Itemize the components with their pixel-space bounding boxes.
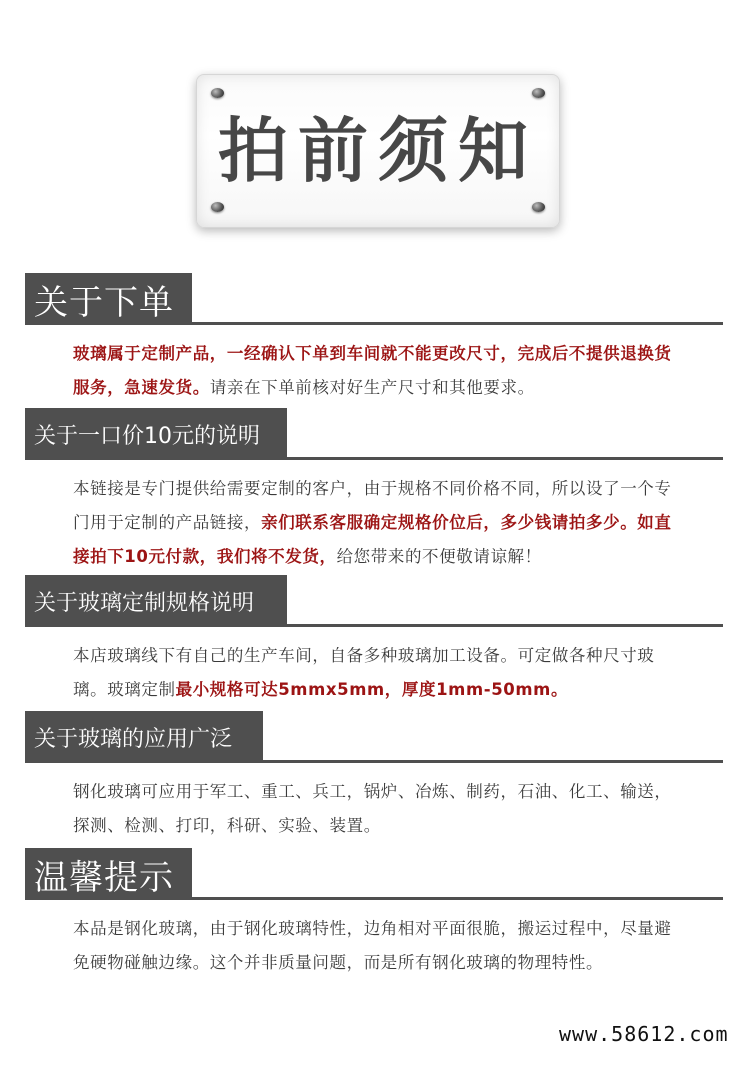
body-text: 本品是钢化玻璃，由于钢化玻璃特性，边角相对平面很脆，搬运过程中，尽量避免硬物碰触… [73,919,672,972]
section-header: 关于下单 [0,273,750,325]
body-text: 钢化玻璃可应用于军工、重工、兵工，锅炉、冶炼、制药，石油、化工、输送，探测、检测… [73,782,672,835]
section-title: 关于一口价10元的说明 [25,408,287,460]
section-header: 关于玻璃定制规格说明 [0,575,750,627]
section-header: 关于一口价10元的说明 [0,408,750,460]
section-title: 关于玻璃的应用广泛 [25,711,263,763]
screw-icon [211,88,224,98]
section-applications: 关于玻璃的应用广泛 钢化玻璃可应用于军工、重工、兵工，锅炉、冶炼、制药，石油、化… [0,711,750,843]
section-body: 钢化玻璃可应用于军工、重工、兵工，锅炉、冶炼、制药，石油、化工、输送，探测、检测… [0,763,683,843]
section-header: 温馨提示 [0,848,750,900]
section-ordering: 关于下单 玻璃属于定制产品，一经确认下单到车间就不能更改尺寸，完成后不提供退换货… [0,273,750,405]
footer-watermark-url: www.58612.com [559,1022,729,1046]
section-body: 本店玻璃线下有自己的生产车间，自备多种玻璃加工设备。可定做各种尺寸玻璃。玻璃定制… [0,627,683,707]
emphasis-text: 最小规格可达5mmx5mm，厚度1mm-50mm。 [176,680,568,699]
section-header: 关于玻璃的应用广泛 [0,711,750,763]
body-text: 给您带来的不便敬请谅解！ [337,547,542,566]
section-spec: 关于玻璃定制规格说明 本店玻璃线下有自己的生产车间，自备多种玻璃加工设备。可定做… [0,575,750,707]
section-body: 本链接是专门提供给需要定制的客户，由于规格不同价格不同，所以设了一个专门用于定制… [0,460,683,574]
section-title: 关于玻璃定制规格说明 [25,575,287,627]
screw-icon [532,202,545,212]
section-body: 玻璃属于定制产品，一经确认下单到车间就不能更改尺寸，完成后不提供退换货服务，急速… [0,325,683,405]
body-text: 请亲在下单前核对好生产尺寸和其他要求。 [210,378,535,397]
section-price-note: 关于一口价10元的说明 本链接是专门提供给需要定制的客户，由于规格不同价格不同，… [0,408,750,574]
screw-icon [211,202,224,212]
section-title: 温馨提示 [25,848,192,900]
section-body: 本品是钢化玻璃，由于钢化玻璃特性，边角相对平面很脆，搬运过程中，尽量避免硬物碰触… [0,900,683,980]
section-title: 关于下单 [25,273,192,325]
section-tips: 温馨提示 本品是钢化玻璃，由于钢化玻璃特性，边角相对平面很脆，搬运过程中，尽量避… [0,848,750,980]
page-title: 拍前须知 [197,113,559,189]
title-sign: 拍前须知 [196,74,560,228]
screw-icon [532,88,545,98]
